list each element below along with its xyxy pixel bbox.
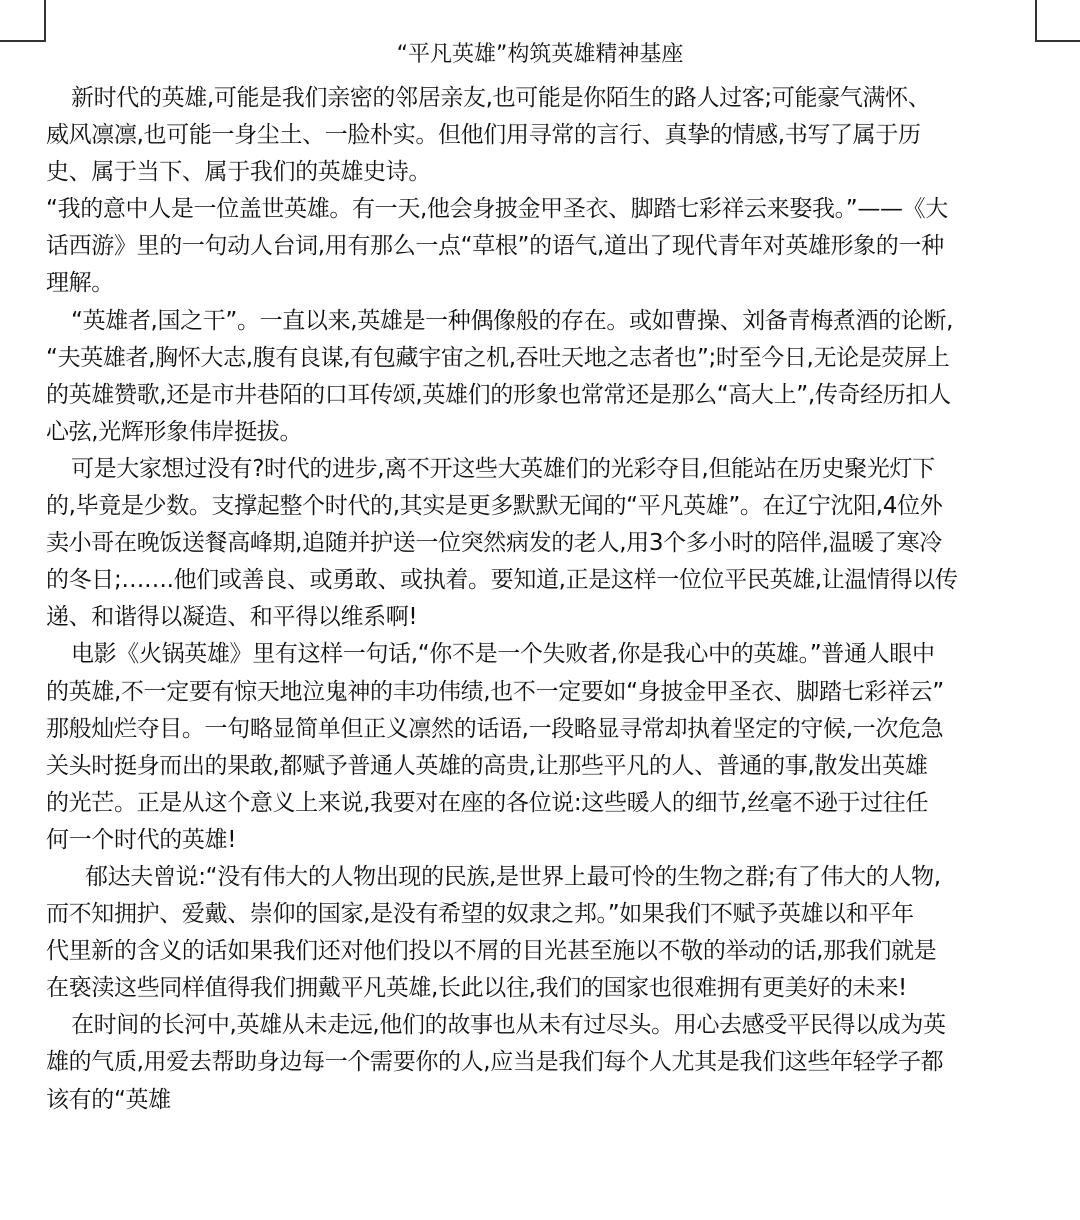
text-line: 何一个时代的英雄! (46, 822, 1038, 859)
document-body: 新时代的英雄,可能是我们亲密的邻居亲友,也可能是你陌生的路人过客;可能豪气满怀、… (46, 80, 1038, 1119)
text-line: “我的意中人是一位盖世英雄。有一天,他会身披金甲圣衣、脚踏七彩祥云来娶我。”——… (46, 191, 1038, 228)
text-line: “英雄者,国之干”。一直以来,英雄是一种偶像般的存在。或如曹操、刘备青梅煮酒的论… (46, 303, 1038, 340)
text-line: 郁达夫曾说:“没有伟大的人物出现的民族,是世界上最可怜的生物之群;有了伟大的人物… (46, 859, 1038, 896)
text-line: 的,毕竟是少数。支撑起整个时代的,其实是更多默默无闻的“平凡英雄”。在辽宁沈阳,… (46, 488, 1038, 525)
text-line: 的光芒。正是从这个意义上来说,我要对在座的各位说:这些暖人的细节,丝毫不逊于过往… (46, 785, 1038, 822)
text-line: 递、和谐得以凝造、和平得以维系啊! (46, 599, 1038, 636)
crop-mark-top-left (0, 0, 46, 42)
text-line: 史、属于当下、属于我们的英雄史诗。 (46, 154, 1038, 191)
text-line: 威风凛凛,也可能一身尘土、一脸朴实。但他们用寻常的言行、真挚的情感,书写了属于历 (46, 117, 1038, 154)
text-line: 那般灿烂夺目。一句略显简单但正义凛然的话语,一段略显寻常却执着坚定的守候,一次危… (46, 711, 1038, 748)
text-line: 在时间的长河中,英雄从未走远,他们的故事也从未有过尽头。用心去感受平民得以成为英 (46, 1007, 1038, 1044)
text-line: 的英雄赞歌,还是市井巷陌的口耳传颂,英雄们的形象也常常还是那么“高大上”,传奇经… (46, 377, 1038, 414)
text-line: “夫英雄者,胸怀大志,腹有良谋,有包藏宇宙之机,吞吐天地之志者也”;时至今日,无… (46, 340, 1038, 377)
text-line: 的冬日;…….他们或善良、或勇敢、或执着。要知道,正是这样一位位平民英雄,让温情… (46, 562, 1038, 599)
text-line: 关头时挺身而出的果敢,都赋予普通人英雄的高贵,让那些平凡的人、普通的事,散发出英… (46, 748, 1038, 785)
text-line: 话西游》里的一句动人台词,用有那么一点“草根”的语气,道出了现代青年对英雄形象的… (46, 228, 1038, 265)
text-line: 雄的气质,用爱去帮助身边每一个需要你的人,应当是我们每个人尤其是我们这些年轻学子… (46, 1044, 1038, 1081)
crop-mark-top-right (1035, 0, 1080, 42)
text-line: 新时代的英雄,可能是我们亲密的邻居亲友,也可能是你陌生的路人过客;可能豪气满怀、 (46, 80, 1038, 117)
text-line: 而不知拥护、爱戴、崇仰的国家,是没有希望的奴隶之邦。”如果我们不赋予英雄以和平年 (46, 896, 1038, 933)
text-line: 的英雄,不一定要有惊天地泣鬼神的丰功伟绩,也不一定要如“身披金甲圣衣、脚踏七彩祥… (46, 674, 1038, 711)
text-line: 理解。 (46, 265, 1038, 302)
text-line: 可是大家想过没有?时代的进步,离不开这些大英雄们的光彩夺目,但能站在历史聚光灯下 (46, 451, 1038, 488)
text-line: 代里新的含义的话如果我们还对他们投以不屑的目光甚至施以不敬的举动的话,那我们就是 (46, 933, 1038, 970)
text-line: 心弦,光辉形象伟岸挺拔。 (46, 414, 1038, 451)
text-line: 电影《火锅英雄》里有这样一句话,“你不是一个失败者,你是我心中的英雄。”普通人眼… (46, 636, 1038, 673)
text-line: 该有的“英雄 (46, 1082, 1038, 1119)
document-title: “平凡英雄”构筑英雄精神基座 (0, 41, 1080, 69)
text-line: 卖小哥在晚饭送餐高峰期,追随并护送一位突然病发的老人,用3个多小时的陪伴,温暖了… (46, 525, 1038, 562)
text-line: 在亵渎这些同样值得我们拥戴平凡英雄,长此以往,我们的国家也很难拥有更美好的未来! (46, 970, 1038, 1007)
